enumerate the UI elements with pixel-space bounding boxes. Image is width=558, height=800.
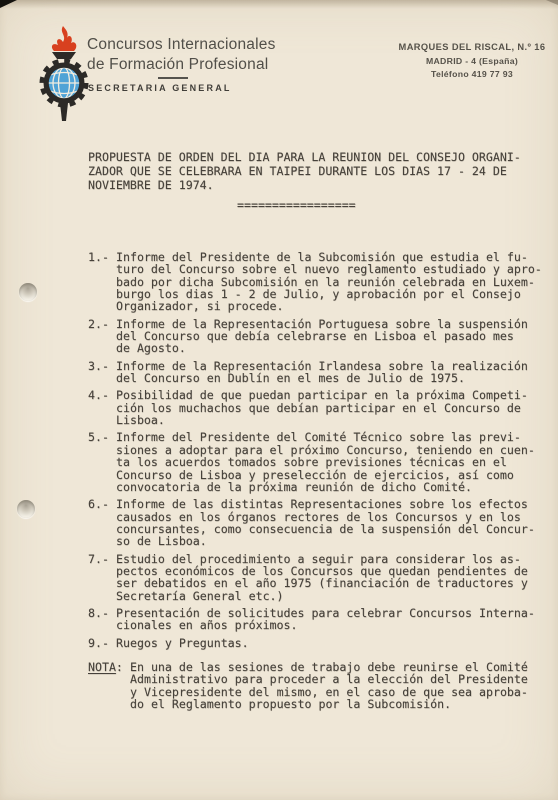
item-number: 1.- xyxy=(88,251,116,313)
agenda-item-7: 7.- Estudio del procedimiento a seguir p… xyxy=(88,553,548,602)
nota-label: NOTA: xyxy=(88,661,130,710)
item-text: Informe del Presidente del Comité Técnic… xyxy=(116,431,535,493)
agenda-list: 1.- Informe del Presidente de la Subcomi… xyxy=(88,251,548,710)
item-number: 6.- xyxy=(88,498,116,547)
nota-text: En una de las sesiones de trabajo debe r… xyxy=(130,661,528,710)
item-number: 7.- xyxy=(88,553,116,602)
department-label: SECRETARIA GENERAL xyxy=(88,83,232,93)
item-text: Presentación de solicitudes para celebra… xyxy=(116,607,535,632)
item-number: 8.- xyxy=(88,607,116,632)
letterhead-divider xyxy=(158,77,188,79)
agenda-item-5: 5.- Informe del Presidente del Comité Té… xyxy=(88,431,548,493)
organization-name: Concursos Internacionales de Formación P… xyxy=(87,35,276,75)
item-number: 5.- xyxy=(88,431,116,493)
agenda-item-1: 1.- Informe del Presidente de la Subcomi… xyxy=(88,251,548,313)
item-number: 3.- xyxy=(88,360,116,385)
item-number: 2.- xyxy=(88,318,116,355)
document-title: PROPUESTA DE ORDEN DEL DIA PARA LA REUNI… xyxy=(88,150,521,192)
item-text: Informe de la Representación Portuguesa … xyxy=(116,318,528,355)
address-city: MADRID - 4 (España) xyxy=(382,55,558,69)
punch-hole xyxy=(17,500,35,518)
nota-section: NOTA: En una de las sesiones de trabajo … xyxy=(88,661,548,710)
agenda-item-2: 2.- Informe de la Representación Portugu… xyxy=(88,318,548,355)
item-number: 9.- xyxy=(88,637,116,649)
punch-hole xyxy=(19,283,37,301)
item-text: Informe de la Representación Irlandesa s… xyxy=(116,360,528,385)
item-text: Ruegos y Preguntas. xyxy=(116,637,249,649)
agenda-item-4: 4.- Posibilidad de que puedan participar… xyxy=(88,389,548,426)
item-text: Posibilidad de que puedan participar en … xyxy=(116,389,528,426)
scanned-letter-page: Concursos Internacionales de Formación P… xyxy=(0,0,558,800)
address-block: MARQUES DEL RISCAL, N.º 16 MADRID - 4 (E… xyxy=(382,41,558,82)
torch-gear-globe-emblem-icon xyxy=(38,26,90,122)
agenda-item-6: 6.- Informe de las distintas Representac… xyxy=(88,498,548,547)
item-number: 4.- xyxy=(88,389,116,426)
agenda-item-8: 8.- Presentación de solicitudes para cel… xyxy=(88,607,548,632)
agenda-item-3: 3.- Informe de la Representación Irlande… xyxy=(88,360,548,385)
address-street: MARQUES DEL RISCAL, N.º 16 xyxy=(382,41,558,55)
item-text: Informe de las distintas Representacione… xyxy=(116,498,535,547)
agenda-item-9: 9.- Ruegos y Preguntas. xyxy=(88,637,548,649)
title-separator: ================= xyxy=(237,198,356,212)
scan-corner-artifact xyxy=(0,0,17,8)
item-text: Informe del Presidente de la Subcomisión… xyxy=(116,251,542,313)
address-phone: Teléfono 419 77 93 xyxy=(382,68,558,82)
item-text: Estudio del procedimiento a seguir para … xyxy=(116,553,528,602)
scan-corner-artifact xyxy=(546,0,558,5)
